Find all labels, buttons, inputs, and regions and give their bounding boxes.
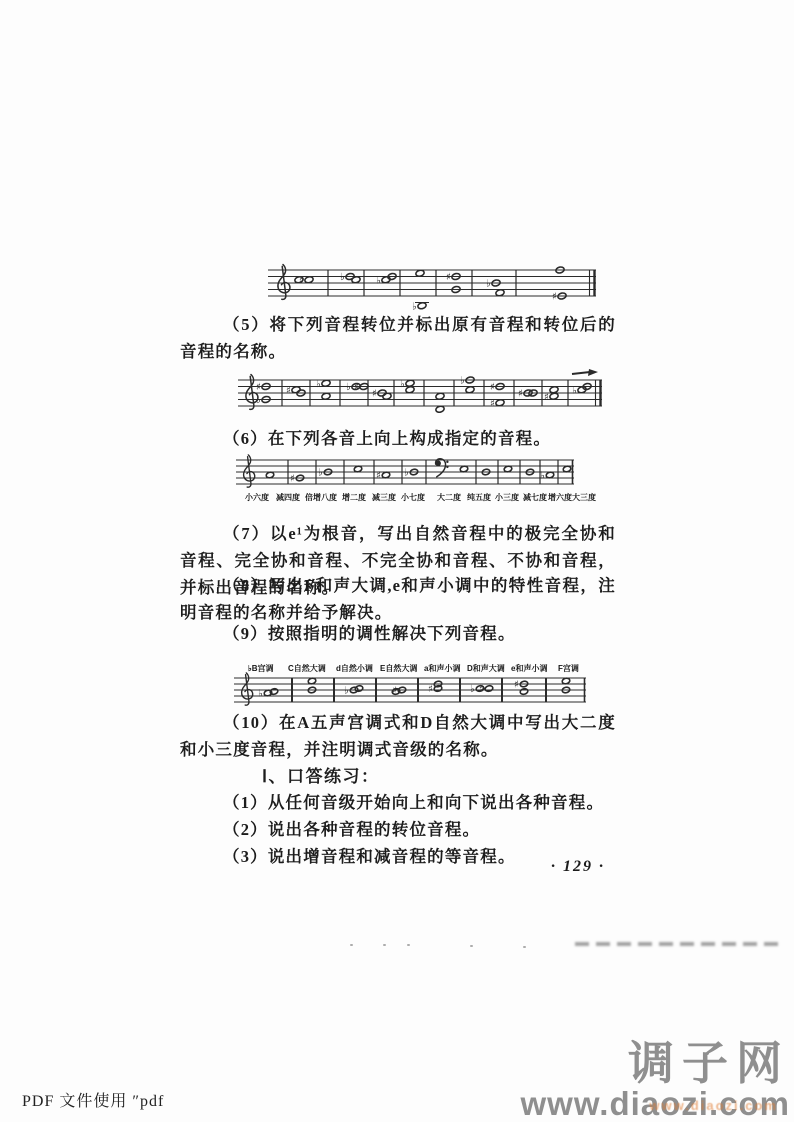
svg-text:♯: ♯ xyxy=(354,382,359,393)
svg-text:♯: ♯ xyxy=(290,474,295,485)
section-heading: Ⅰ、口答练习： xyxy=(262,762,380,787)
svg-text:♯: ♯ xyxy=(299,275,304,286)
svg-text:♯: ♯ xyxy=(518,389,523,400)
svg-text:♭: ♭ xyxy=(258,689,263,700)
watermark-site-name: 调子网 xyxy=(521,1040,790,1086)
svg-text:♯: ♯ xyxy=(256,382,261,393)
svg-text:♯: ♯ xyxy=(544,392,549,403)
svg-text:♭: ♭ xyxy=(376,275,381,286)
interval-label: 减三度 xyxy=(372,492,396,503)
print-speck xyxy=(350,944,353,946)
interval-label: 大三度 xyxy=(572,492,596,503)
svg-text:♯: ♯ xyxy=(446,272,451,283)
svg-text:♭: ♭ xyxy=(400,379,405,390)
svg-text:♭: ♭ xyxy=(346,382,351,393)
print-speck xyxy=(407,944,410,946)
svg-text:♭: ♭ xyxy=(316,379,321,390)
svg-text:♭: ♭ xyxy=(318,468,323,479)
svg-text:♯: ♯ xyxy=(392,686,397,697)
question-2-text: （2）说出各种音程的转位音程。 xyxy=(180,816,616,843)
svg-text:♯: ♯ xyxy=(490,382,495,393)
svg-text:♭: ♭ xyxy=(340,272,345,283)
exercise-9-text: （9）按照指明的调性解决下列音程。 xyxy=(180,620,616,647)
scanned-page: ♯♭♭♭♯♭♯ （5）将下列音程转位并标出原有音程和转位后的音程的名称。 ♯♭♯… xyxy=(0,0,794,1122)
svg-text:♯: ♯ xyxy=(479,684,484,695)
interval-label: 小六度 xyxy=(245,492,269,503)
page-number: · 129 · xyxy=(536,858,620,876)
interval-label: 纯五度 xyxy=(467,492,491,503)
svg-text:♭: ♭ xyxy=(460,376,465,387)
music-staff-exercise-9: ♭♭♯♯♭♯♯ xyxy=(234,671,586,711)
svg-text:♯: ♯ xyxy=(428,684,433,695)
svg-text:♯: ♯ xyxy=(372,389,377,400)
interval-label: 小七度 xyxy=(401,492,425,503)
exercise-10-text: （10）在A五声宫调式和D自然大调中写出大二度和小三度音程，并注明调式音级的名称… xyxy=(180,709,616,763)
interval-label: 小三度 xyxy=(495,492,519,503)
exercise-8-text: （8）写出F和声大调,e和声小调中的特性音程，注明音程的名称并给予解决。 xyxy=(180,572,616,626)
question-1-text: （1）从任何音级开始向上和向下说出各种音程。 xyxy=(180,789,616,816)
svg-text:♭: ♭ xyxy=(404,468,409,479)
print-smudge xyxy=(575,942,780,946)
svg-text:♯: ♯ xyxy=(286,385,291,396)
exercise-5-text: （5）将下列音程转位并标出原有音程和转位后的音程的名称。 xyxy=(180,311,616,365)
interval-label: 倍增八度 xyxy=(305,492,337,503)
interval-label: 增六度 xyxy=(548,492,572,503)
print-speck xyxy=(470,945,473,947)
print-speck xyxy=(523,946,526,948)
interval-labels-row: 小六度 减四度 倍增八度 增二度 减三度 小七度 大二度 纯五度 小三度 减七度… xyxy=(236,492,596,504)
print-speck xyxy=(383,944,386,946)
svg-text:♯: ♯ xyxy=(376,471,381,482)
pdf-footer-note: PDF 文件使用 ″pdf xyxy=(22,1088,164,1111)
svg-text:♭: ♭ xyxy=(344,686,349,697)
svg-text:♭: ♭ xyxy=(486,279,491,290)
music-staff-exercise-5: ♯♭♯♭♭♯♯♭♭♯♯♯♯♭ xyxy=(238,368,602,422)
interval-label: 增二度 xyxy=(342,492,366,503)
music-staff-exercise-4: ♯♭♭♭♯♭♯ xyxy=(268,258,596,312)
svg-text:♭: ♭ xyxy=(256,395,261,406)
watermark-accent-text: www.diaozi.com xyxy=(649,1098,778,1113)
svg-text:♭: ♭ xyxy=(470,684,475,695)
music-staff-exercise-6: ♯♭♯♭♭ xyxy=(236,454,574,494)
interval-label: 减四度 xyxy=(276,492,300,503)
interval-label: 减七度 xyxy=(523,492,547,503)
svg-text:♯: ♯ xyxy=(552,292,557,303)
svg-text:♭: ♭ xyxy=(540,471,545,482)
svg-text:♯: ♯ xyxy=(514,680,519,691)
svg-text:♯: ♯ xyxy=(490,398,495,409)
interval-label: 大二度 xyxy=(437,492,461,503)
exercise-6-text: （6）在下列各音上向上构成指定的音程。 xyxy=(180,425,616,452)
svg-text:♭: ♭ xyxy=(572,385,577,396)
